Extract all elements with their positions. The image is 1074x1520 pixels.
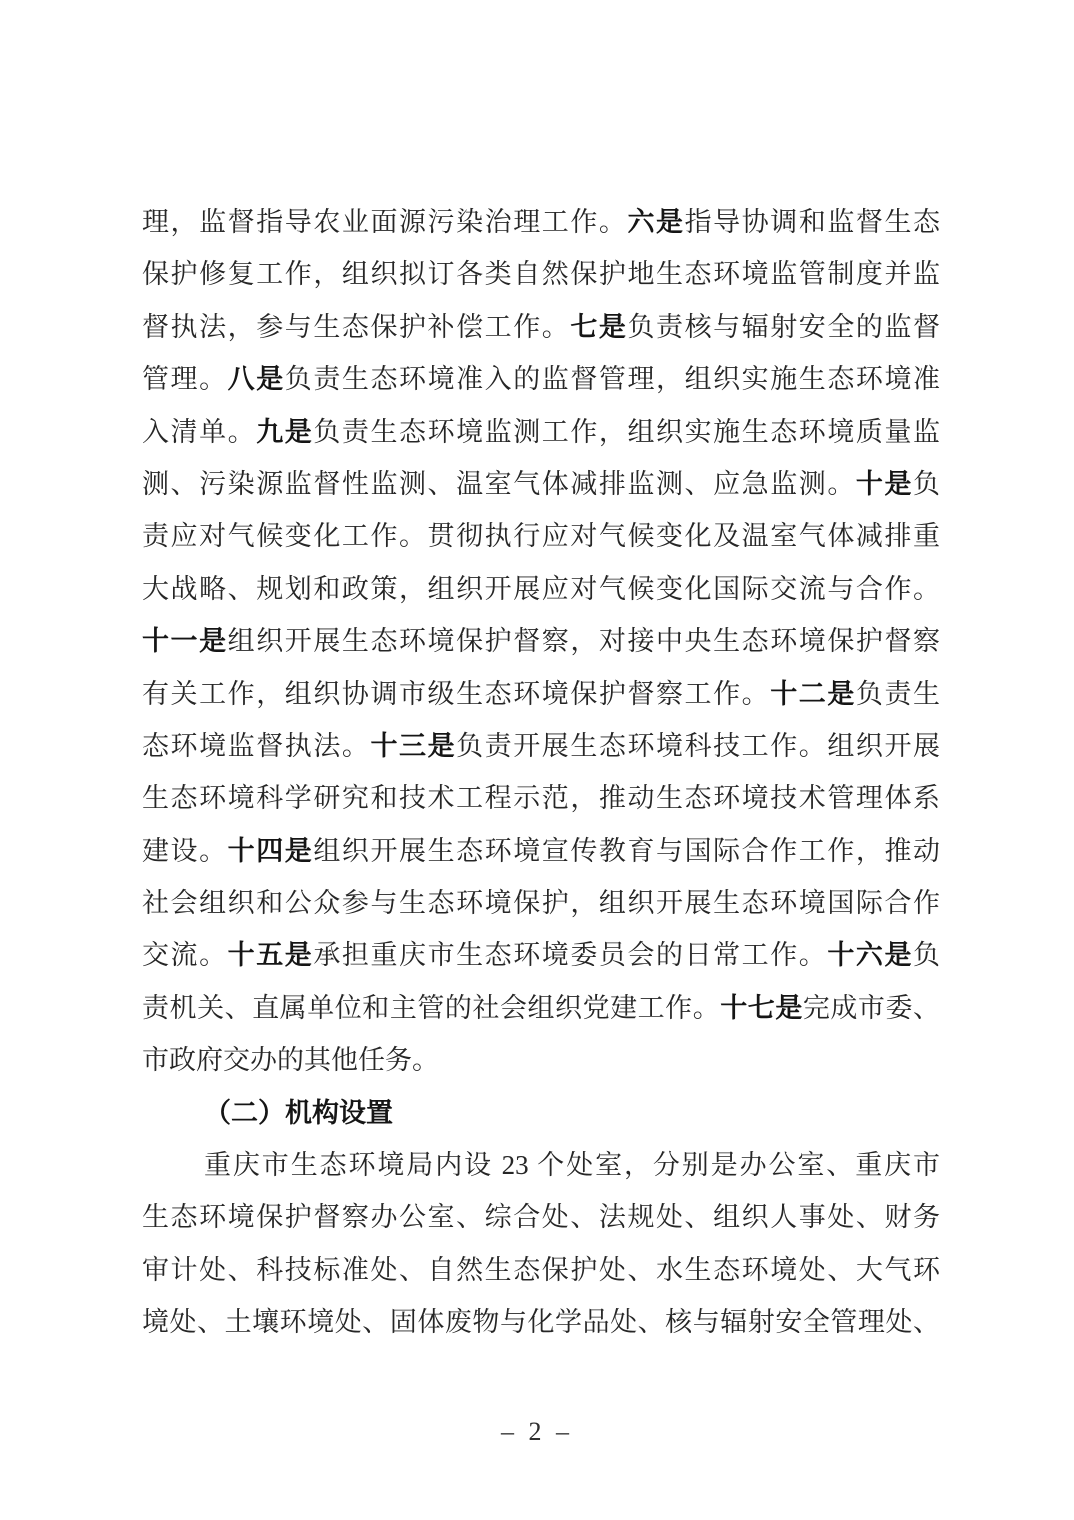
text-segment: 责机关、直属单位和主管的社会组织党建工作。 xyxy=(142,993,720,1023)
text-segment: 督执法，参与生态保护补偿工作。 xyxy=(142,312,570,342)
text-segment: 态环境监督执法。 xyxy=(142,731,370,761)
emphasis-segment: 六是 xyxy=(627,207,684,237)
emphasis-segment: 十四是 xyxy=(228,836,314,866)
text-line: 理，监督指导农业面源污染治理工作。六是指导协调和监督生态 xyxy=(142,196,940,248)
emphasis-segment: 十三是 xyxy=(370,731,456,761)
emphasis-segment: 十是 xyxy=(856,469,913,499)
text-segment: 个处室，分别是办公室、重庆市 xyxy=(529,1150,940,1180)
text-line: 大战略、规划和政策，组织开展应对气候变化国际交流与合作。 xyxy=(142,563,940,615)
text-segment: 承担重庆市生态环境委员会的日常工作。 xyxy=(313,940,827,970)
text-segment: 社会组织和公众参与生态环境保护，组织开展生态环境国际合作 xyxy=(142,888,940,918)
text-line: 交流。十五是承担重庆市生态环境委员会的日常工作。十六是负 xyxy=(142,929,940,981)
emphasis-segment: 九是 xyxy=(256,417,313,447)
text-segment: 负责生 xyxy=(856,679,940,709)
text-line: 社会组织和公众参与生态环境保护，组织开展生态环境国际合作 xyxy=(142,877,940,929)
text-segment: 理，监督指导农业面源污染治理工作。 xyxy=(142,207,627,237)
text-segment: 23 xyxy=(502,1150,529,1180)
text-segment: 重庆市生态环境局内设 xyxy=(204,1150,502,1180)
text-segment: 市政府交办的其他任务。 xyxy=(142,1045,439,1075)
text-segment: 有关工作，组织协调市级生态环境保护督察工作。 xyxy=(142,679,770,709)
text-line: 责机关、直属单位和主管的社会组织党建工作。十七是完成市委、 xyxy=(142,982,940,1034)
text-segment: 组织开展生态环境宣传教育与国际合作工作，推动 xyxy=(313,836,940,866)
text-line: 重庆市生态环境局内设 23 个处室，分别是办公室、重庆市 xyxy=(142,1139,940,1191)
emphasis-segment: （二）机构设置 xyxy=(204,1098,393,1128)
text-line: 十一是组织开展生态环境保护督察，对接中央生态环境保护督察 xyxy=(142,615,940,667)
text-segment: 负 xyxy=(913,469,940,499)
text-line: 市政府交办的其他任务。 xyxy=(142,1034,940,1086)
text-segment: 大战略、规划和政策，组织开展应对气候变化国际交流与合作。 xyxy=(142,574,940,604)
emphasis-segment: 七是 xyxy=(570,312,627,342)
text-segment: 指导协调和监督生态 xyxy=(685,207,940,237)
emphasis-segment: 十二是 xyxy=(770,679,856,709)
emphasis-segment: 十一是 xyxy=(142,626,228,656)
emphasis-segment: 十五是 xyxy=(228,940,314,970)
text-segment: 管理。 xyxy=(142,364,228,394)
text-line: 责应对气候变化工作。贯彻执行应对气候变化及温室气体减排重 xyxy=(142,510,940,562)
text-line: 有关工作，组织协调市级生态环境保护督察工作。十二是负责生 xyxy=(142,668,940,720)
text-segment: 负责开展生态环境科技工作。组织开展 xyxy=(456,731,940,761)
text-line: 态环境监督执法。十三是负责开展生态环境科技工作。组织开展 xyxy=(142,720,940,772)
text-segment: 组织开展生态环境保护督察，对接中央生态环境保护督察 xyxy=(228,626,940,656)
text-segment: 测、污染源监督性监测、温室气体减排监测、应急监测。 xyxy=(142,469,856,499)
text-segment: 保护修复工作，组织拟订各类自然保护地生态环境监管制度并监 xyxy=(142,259,940,289)
text-segment: 境处、土壤环境处、固体废物与化学品处、核与辐射安全管理处、 xyxy=(142,1307,940,1337)
text-line: 入清单。九是负责生态环境监测工作，组织实施生态环境质量监 xyxy=(142,406,940,458)
text-segment: 负责生态环境监测工作，组织实施生态环境质量监 xyxy=(313,417,940,447)
text-line: 境处、土壤环境处、固体废物与化学品处、核与辐射安全管理处、 xyxy=(142,1296,940,1348)
text-line: 生态环境保护督察办公室、综合处、法规处、组织人事处、财务 xyxy=(142,1191,940,1243)
text-segment: 建设。 xyxy=(142,836,228,866)
text-segment: 负 xyxy=(913,940,940,970)
text-line: 生态环境科学研究和技术工程示范，推动生态环境技术管理体系 xyxy=(142,772,940,824)
document-body: 理，监督指导农业面源污染治理工作。六是指导协调和监督生态保护修复工作，组织拟订各… xyxy=(142,196,940,1349)
emphasis-segment: 八是 xyxy=(228,364,285,394)
text-line: 审计处、科技标准处、自然生态保护处、水生态环境处、大气环 xyxy=(142,1244,940,1296)
text-line: 督执法，参与生态保护补偿工作。七是负责核与辐射安全的监督 xyxy=(142,301,940,353)
emphasis-segment: 十六是 xyxy=(827,940,913,970)
text-line: 保护修复工作，组织拟订各类自然保护地生态环境监管制度并监 xyxy=(142,248,940,300)
page-number: – 2 – xyxy=(0,1412,1074,1452)
text-segment: 责应对气候变化工作。贯彻执行应对气候变化及温室气体减排重 xyxy=(142,521,940,551)
text-segment: 审计处、科技标准处、自然生态保护处、水生态环境处、大气环 xyxy=(142,1255,940,1285)
emphasis-segment: 十七是 xyxy=(720,993,803,1023)
section-heading: （二）机构设置 xyxy=(142,1087,940,1139)
text-segment: 交流。 xyxy=(142,940,228,970)
text-segment: 入清单。 xyxy=(142,417,256,447)
text-line: 测、污染源监督性监测、温室气体减排监测、应急监测。十是负 xyxy=(142,458,940,510)
text-segment: 生态环境科学研究和技术工程示范，推动生态环境技术管理体系 xyxy=(142,783,940,813)
text-segment: 负责核与辐射安全的监督 xyxy=(627,312,940,342)
text-segment: 负责生态环境准入的监督管理，组织实施生态环境准 xyxy=(285,364,940,394)
document-page: 理，监督指导农业面源污染治理工作。六是指导协调和监督生态保护修复工作，组织拟订各… xyxy=(0,0,1074,1520)
text-line: 管理。八是负责生态环境准入的监督管理，组织实施生态环境准 xyxy=(142,353,940,405)
text-segment: 完成市委、 xyxy=(803,993,940,1023)
text-line: 建设。十四是组织开展生态环境宣传教育与国际合作工作，推动 xyxy=(142,825,940,877)
text-segment: 生态环境保护督察办公室、综合处、法规处、组织人事处、财务 xyxy=(142,1202,940,1232)
